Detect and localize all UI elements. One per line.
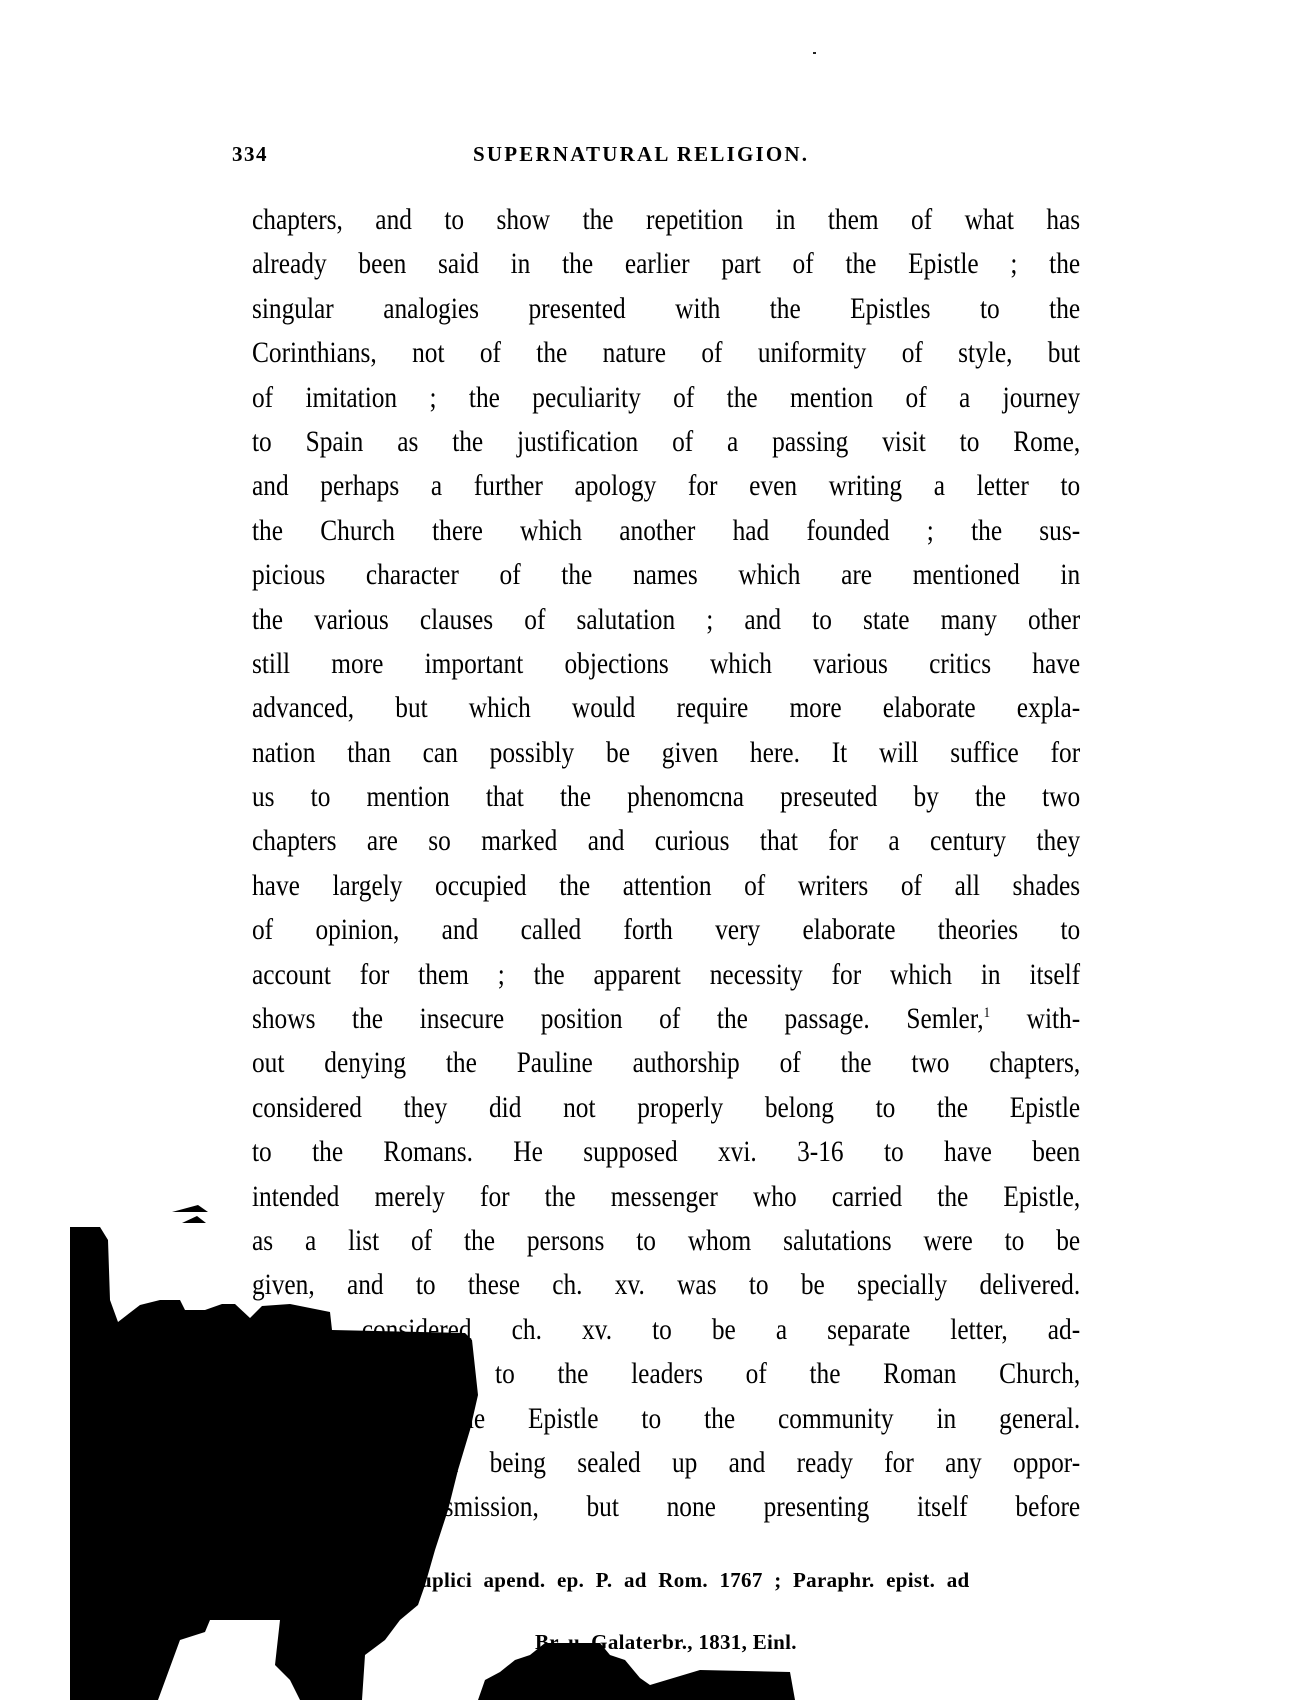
text-line: Corinthians, not of the nature of unifor… [252, 331, 1080, 375]
text-line: picious character of the names which are… [252, 553, 1080, 597]
text-line: intended merely for the messenger who ca… [252, 1175, 1080, 1219]
text-line-with-footnote: s2 considered ch. xv. to be a separate l… [252, 1308, 1080, 1352]
text-line: out denying the Pauline authorship of th… [252, 1041, 1080, 1085]
line-text: shows the insecure position of the passa… [252, 1003, 984, 1035]
text-line: still more important objections which va… [252, 642, 1080, 686]
text-line: considered they did not properly belong … [252, 1086, 1080, 1130]
text-line: and perhaps a further apology for even w… [252, 464, 1080, 508]
line-text: considered ch. xv. to be a separate lett… [362, 1314, 1080, 1346]
text-line: account for them ; the apparent necessit… [252, 953, 1080, 997]
text-line: given, and to these ch. xv. was to be sp… [252, 1263, 1080, 1307]
footnote-1: duplici apend. ep. P. ad Rom. 1767 ; Par… [408, 1568, 970, 1593]
text-line: chapters, and to show the repetition in … [252, 198, 1080, 242]
text-line-with-footnote: shows the insecure position of the passa… [252, 997, 1080, 1041]
text-line: already been said in the earlier part of… [252, 242, 1080, 286]
text-line: of imitation ; the peculiarity of the me… [252, 376, 1080, 420]
footnote-2: Br. u. Galaterbr., 1831, Einl. [535, 1630, 797, 1655]
text-line: us to mention that the phenomcna preseut… [252, 775, 1080, 819]
text-line: chapters are so marked and curious that … [252, 819, 1080, 863]
running-title: SUPERNATURAL RELIGION. [473, 142, 809, 167]
text-line: en being sealed up and ready for any opp… [252, 1441, 1080, 1485]
text-line: the Epistle to the community in general. [252, 1397, 1080, 1441]
footnote-marker-2: 2 [315, 1316, 321, 1332]
text-line: as a list of the persons to whom salutat… [252, 1219, 1080, 1263]
text-line: the Church there which another had found… [252, 509, 1080, 553]
scan-speck [813, 52, 816, 54]
margin-arrow-marks [172, 1203, 212, 1229]
running-header: 334 SUPERNATURAL RELIGION. [0, 138, 1292, 170]
scanned-page: 334 SUPERNATURAL RELIGION. chapters, and… [0, 0, 1292, 1700]
line-tail: with- [990, 1003, 1080, 1035]
text-line: the various clauses of salutation ; and … [252, 598, 1080, 642]
text-line: to the Romans. He supposed xvi. 3-16 to … [252, 1130, 1080, 1174]
text-line: nation than can possibly be given here. … [252, 731, 1080, 775]
text-line: singular analogies presented with the Ep… [252, 287, 1080, 331]
text-line: advanced, but which would require more e… [252, 686, 1080, 730]
page-number: 334 [232, 142, 268, 167]
text-line: ansmission, but none presenting itself b… [252, 1485, 1080, 1529]
text-line: ly to the leaders of the Roman Church, [252, 1352, 1080, 1396]
text-line: to Spain as the justification of a passi… [252, 420, 1080, 464]
line-fragment: s [305, 1314, 315, 1346]
text-line: of opinion, and called forth very elabor… [252, 908, 1080, 952]
text-line: have largely occupied the attention of w… [252, 864, 1080, 908]
body-paragraph: chapters, and to show the repetition in … [252, 198, 1080, 1530]
